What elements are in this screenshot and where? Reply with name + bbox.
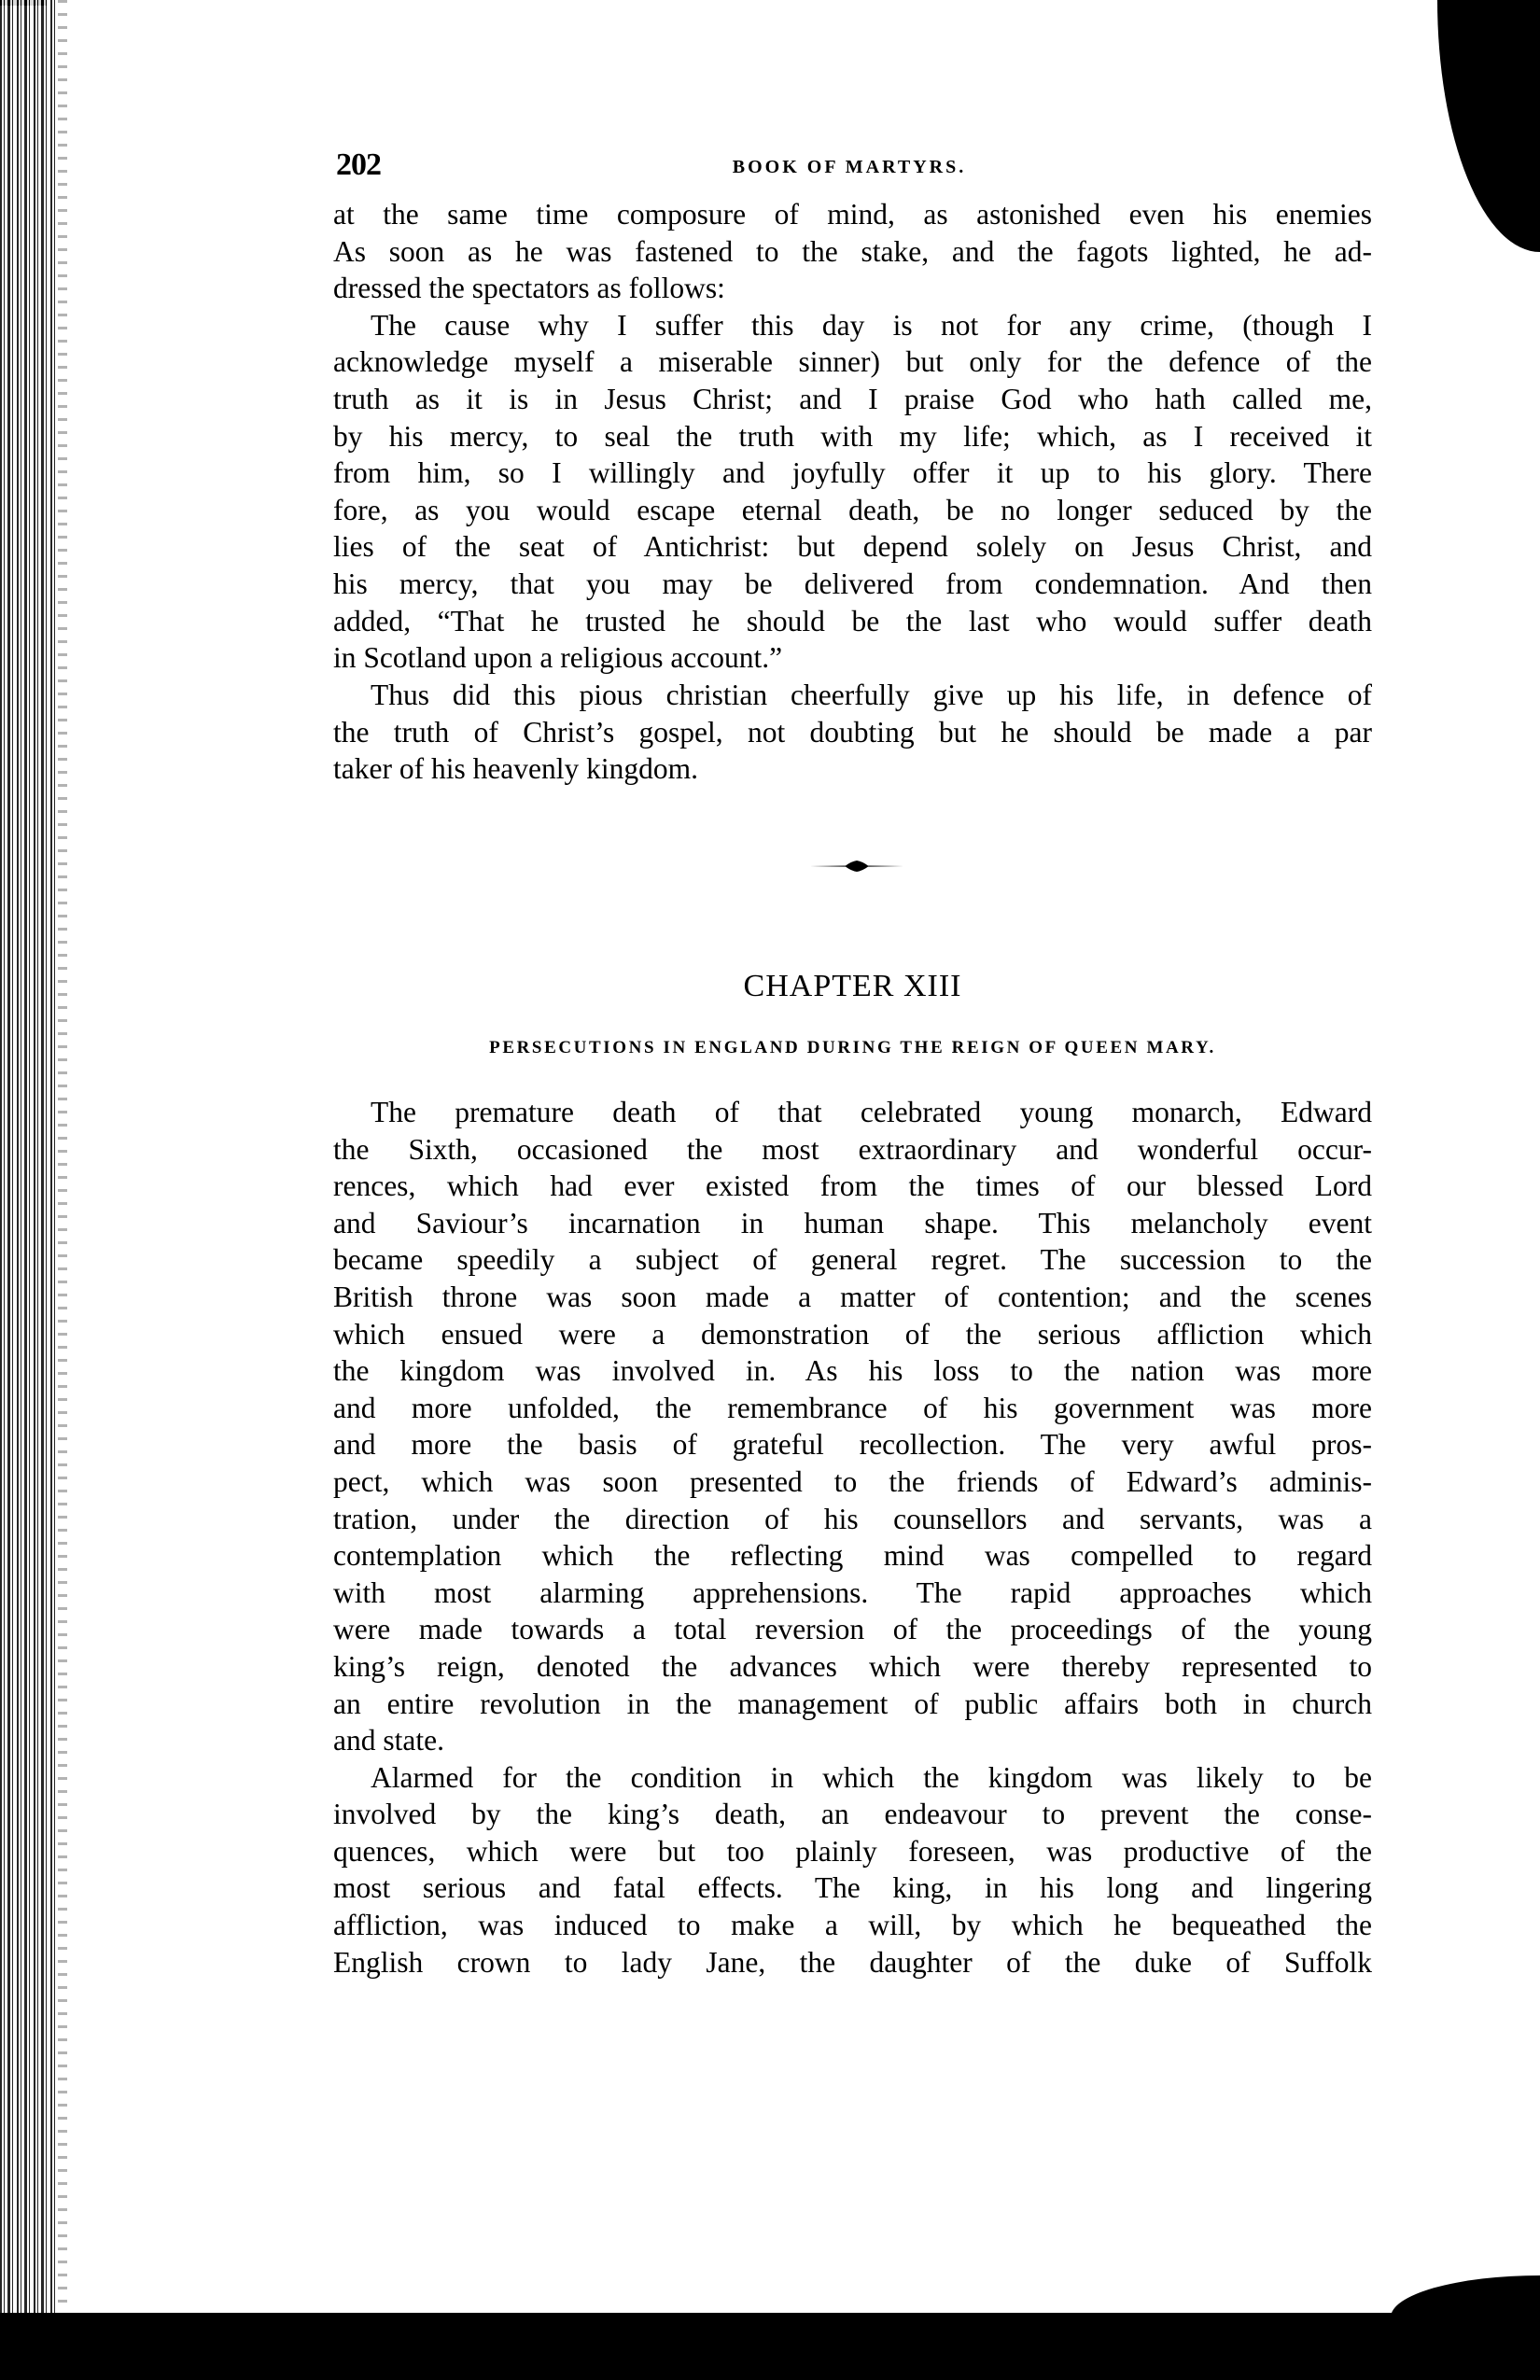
- text-line: at the same time composure of mind, as a…: [333, 196, 1372, 233]
- text-line: from him, so I willingly and joyfully of…: [333, 455, 1372, 492]
- paragraph: The premature death of that celebrated y…: [333, 1094, 1372, 1759]
- text-line: were made towards a total reversion of t…: [333, 1611, 1372, 1648]
- chapter-title: CHAPTER XIII: [333, 969, 1372, 1004]
- chapter-subtitle: PERSECUTIONS IN ENGLAND DURING THE REIGN…: [333, 1038, 1372, 1058]
- paragraph: Thus did this pious christian cheerfully…: [333, 677, 1372, 788]
- text-line: added, “That he trusted he should be the…: [333, 603, 1372, 640]
- text-line: English crown to lady Jane, the daughter…: [333, 1944, 1372, 1981]
- text-line: by his mercy, to seal the truth with my …: [333, 418, 1372, 455]
- text-line: the Sixth, occasioned the most extraordi…: [333, 1131, 1372, 1169]
- scan-bottom-edge: [0, 2313, 1540, 2380]
- text-line: The cause why I suffer this day is not f…: [333, 307, 1372, 344]
- text-line: with most alarming apprehensions. The ra…: [333, 1575, 1372, 1612]
- text-line: and more unfolded, the remembrance of hi…: [333, 1390, 1372, 1427]
- text-line: Alarmed for the condition in which the k…: [333, 1759, 1372, 1797]
- text-line: his mercy, that you may be delivered fro…: [333, 566, 1372, 603]
- text-line: quences, which were but too plainly fore…: [333, 1833, 1372, 1870]
- text-line: rences, which had ever existed from the …: [333, 1168, 1372, 1205]
- paragraph: Alarmed for the condition in which the k…: [333, 1759, 1372, 1981]
- text-line: fore, as you would escape eternal death,…: [333, 492, 1372, 529]
- scan-corner-shadow: [1437, 0, 1540, 252]
- book-binding-gutter: [0, 0, 58, 2380]
- text-block-continuation: at the same time composure of mind, as a…: [333, 196, 1372, 677]
- text-line: As soon as he was fastened to the stake,…: [333, 233, 1372, 271]
- text-line: acknowledge myself a miserable sinner) b…: [333, 343, 1372, 381]
- text-line: and state.: [333, 1722, 1372, 1759]
- paragraph: at the same time composure of mind, as a…: [333, 196, 1372, 307]
- text-line: king’s reign, denoted the advances which…: [333, 1648, 1372, 1686]
- text-line: the truth of Christ’s gospel, not doubti…: [333, 714, 1372, 751]
- text-line: tration, under the direction of his coun…: [333, 1501, 1372, 1538]
- text-line: in Scotland upon a religious account.”: [333, 639, 1372, 677]
- text-line: dressed the spectators as follows:: [333, 270, 1372, 307]
- text-line: contemplation which the reflecting mind …: [333, 1537, 1372, 1575]
- text-line: an entire revolution in the management o…: [333, 1686, 1372, 1723]
- text-line: truth as it is in Jesus Christ; and I pr…: [333, 381, 1372, 418]
- text-line: involved by the king’s death, an endeavo…: [333, 1796, 1372, 1833]
- paragraph-speech: The cause why I suffer this day is not f…: [333, 307, 1372, 677]
- text-line: pect, which was soon presented to the fr…: [333, 1463, 1372, 1501]
- running-head: 202 BOOK OF MARTYRS.: [336, 147, 1363, 185]
- running-title: BOOK OF MARTYRS.: [336, 157, 1363, 178]
- text-line: became speedily a subject of general reg…: [333, 1241, 1372, 1279]
- text-block-chapter-body: The premature death of that celebrated y…: [333, 1094, 1372, 1981]
- text-line: the kingdom was involved in. As his loss…: [333, 1352, 1372, 1390]
- text-line: affliction, was induced to make a will, …: [333, 1907, 1372, 1944]
- text-line: and more the basis of grateful recollect…: [333, 1426, 1372, 1463]
- text-line: Thus did this pious christian cheerfully…: [333, 677, 1372, 714]
- text-line: which ensued were a demonstration of the…: [333, 1316, 1372, 1353]
- text-line: taker of his heavenly kingdom.: [333, 750, 1372, 788]
- text-line: and Saviour’s incarnation in human shape…: [333, 1205, 1372, 1242]
- section-divider-flourish-icon: [810, 861, 903, 872]
- text-block-closing: Thus did this pious christian cheerfully…: [333, 677, 1372, 788]
- text-line: most serious and fatal effects. The king…: [333, 1869, 1372, 1907]
- text-line: The premature death of that celebrated y…: [333, 1094, 1372, 1131]
- text-line: British throne was soon made a matter of…: [333, 1279, 1372, 1316]
- text-line: lies of the seat of Antichrist: but depe…: [333, 528, 1372, 566]
